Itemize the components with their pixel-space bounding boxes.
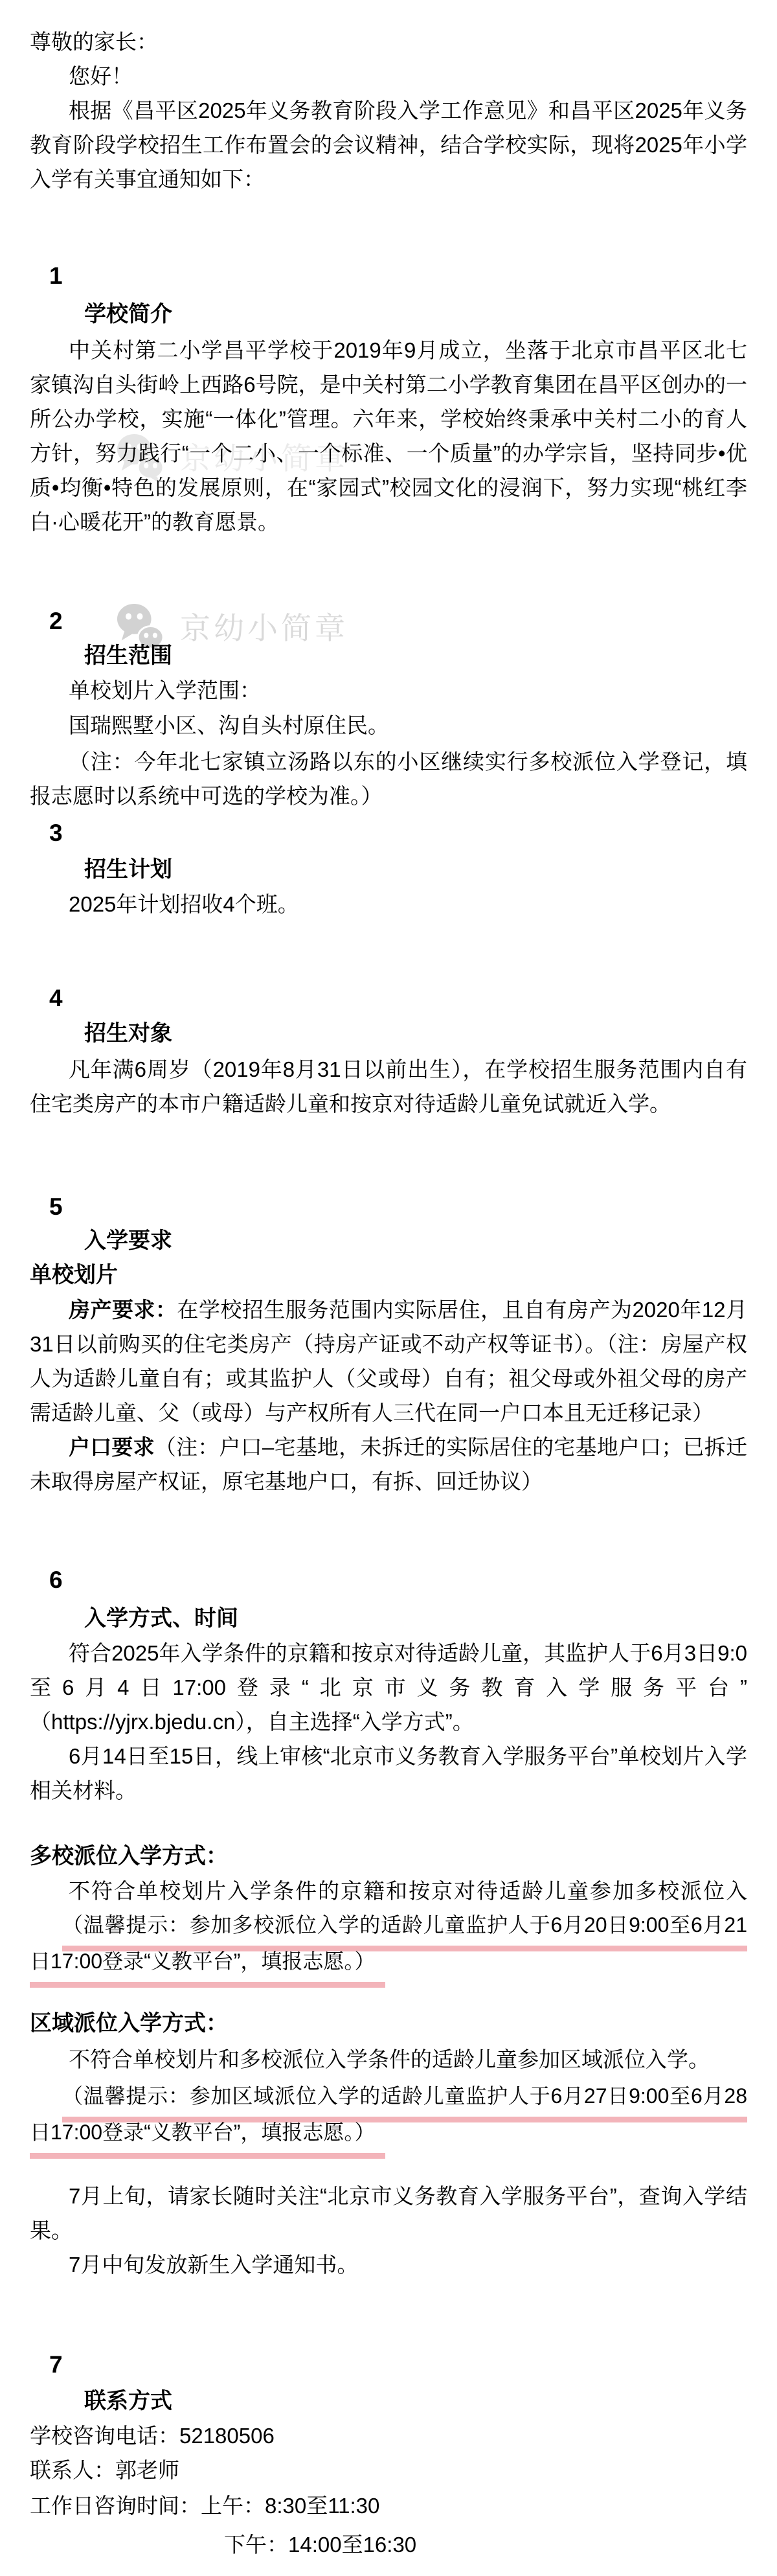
requirement-label: 房产要求： [69,1298,177,1322]
hukou-requirement-paragraph: 户口要求（注：户口–宅基地，未拆迁的实际居住的宅基地户口；已拆迁未取得房屋产权证… [30,1430,747,1499]
section-5-number: 5 [30,1190,747,1224]
section-7-heading: 联系方式 [30,2384,747,2419]
section-4-number: 4 [30,981,747,1015]
multi-school-tip-line-2: 日17:00登录“义教平台”，填报志愿。） [30,1944,385,1988]
single-school-subhead: 单校划片 [30,1258,747,1293]
district-subhead: 区域派位入学方式： [30,2007,747,2041]
contact-person-line: 联系人：郭老师 [30,2453,747,2487]
target-paragraph: 凡年满6周岁（2019年8月31日以前出生），在学校招生服务范围内自有住宅类房产… [30,1052,747,1121]
section-6-number: 6 [30,1563,747,1597]
multi-school-paragraph: 不符合单校划片入学条件的京籍和按京对待适龄儿童参加多校派位入学。 [30,1874,747,1908]
enrollment-plan-line: 2025年计划招收4个班。 [30,887,747,921]
section-1-heading: 学校简介 [30,297,747,332]
section-4-heading: 招生对象 [30,1017,747,1051]
multi-school-subhead: 多校派位入学方式： [30,1839,747,1874]
document-body: 尊敬的家长：您好！根据《昌平区2025年义务教育阶段入学工作意见》和昌平区202… [0,25,777,2562]
review-paragraph: 6月14日至15日，线上审核“北京市义务教育入学服务平台”单校划片入学相关材料。 [30,1739,747,1808]
scope-note-paragraph: （注：今年北七家镇立汤路以东的小区继续实行多校派位入学登记，填报志愿时以系统中可… [30,744,747,813]
greeting: 您好！ [30,59,747,93]
requirement-label: 户口要求 [69,1435,155,1459]
single-school-scope-label: 单校划片入学范围： [30,673,747,707]
district-paragraph: 不符合单校划片和多校派位入学条件的适龄儿童参加区域派位入学。 [30,2042,747,2076]
timeline-line-2: 至6月4日17:00登录“北京市义务教育入学服务平台” [30,1670,747,1705]
timeline-line-1: 符合2025年入学条件的京籍和按京对待适龄儿童，其监护人于6月3日9:00 [30,1636,747,1670]
section-2-number: 2 [30,604,747,638]
school-intro-paragraph: 中关村第二小学昌平学校于2019年9月成立，坐落于北京市昌平区北七家镇沟自头街岭… [30,333,747,539]
section-6-heading: 入学方式、时间 [30,1602,747,1636]
contact-hours-afternoon-line: 下午：14:00至16:30 [30,2527,747,2562]
result-paragraph: 7月上旬，请家长随时关注“北京市义务教育入学服务平台”，查询入学结果。 [30,2179,747,2248]
intro-paragraph: 根据《昌平区2025年义务教育阶段入学工作意见》和昌平区2025年义务教育阶段学… [30,93,747,196]
salutation: 尊敬的家长： [30,25,747,59]
district-tip-line-2: 日17:00登录“义教平台”，填报志愿。） [30,2115,385,2159]
section-5-heading: 入学要求 [30,1224,747,1258]
contact-hours-morning-line: 工作日咨询时间：上午：8:30至11:30 [30,2489,747,2523]
contact-phone-line: 学校咨询电话：52180506 [30,2419,747,2453]
section-2-heading: 招生范围 [30,639,747,673]
section-3-heading: 招生计划 [30,853,747,887]
notice-document: 京幼小简章 京幼小简章 尊敬的家长：您好！根据《昌平区2025年义务教育阶段入学… [0,0,777,2576]
section-7-number: 7 [30,2347,747,2382]
section-1-number: 1 [30,259,747,293]
single-school-scope-value: 国瑞熙墅小区、沟自头村原住民。 [30,708,747,742]
section-3-number: 3 [30,816,747,850]
notice-paragraph: 7月中旬发放新生入学通知书。 [30,2248,747,2282]
property-requirement-paragraph: 房产要求：在学校招生服务范围内实际居住，且自有房产为2020年12月31日以前购… [30,1293,747,1430]
timeline-line-3: （https://yjrx.bjedu.cn），自主选择“入学方式”。 [30,1705,747,1739]
